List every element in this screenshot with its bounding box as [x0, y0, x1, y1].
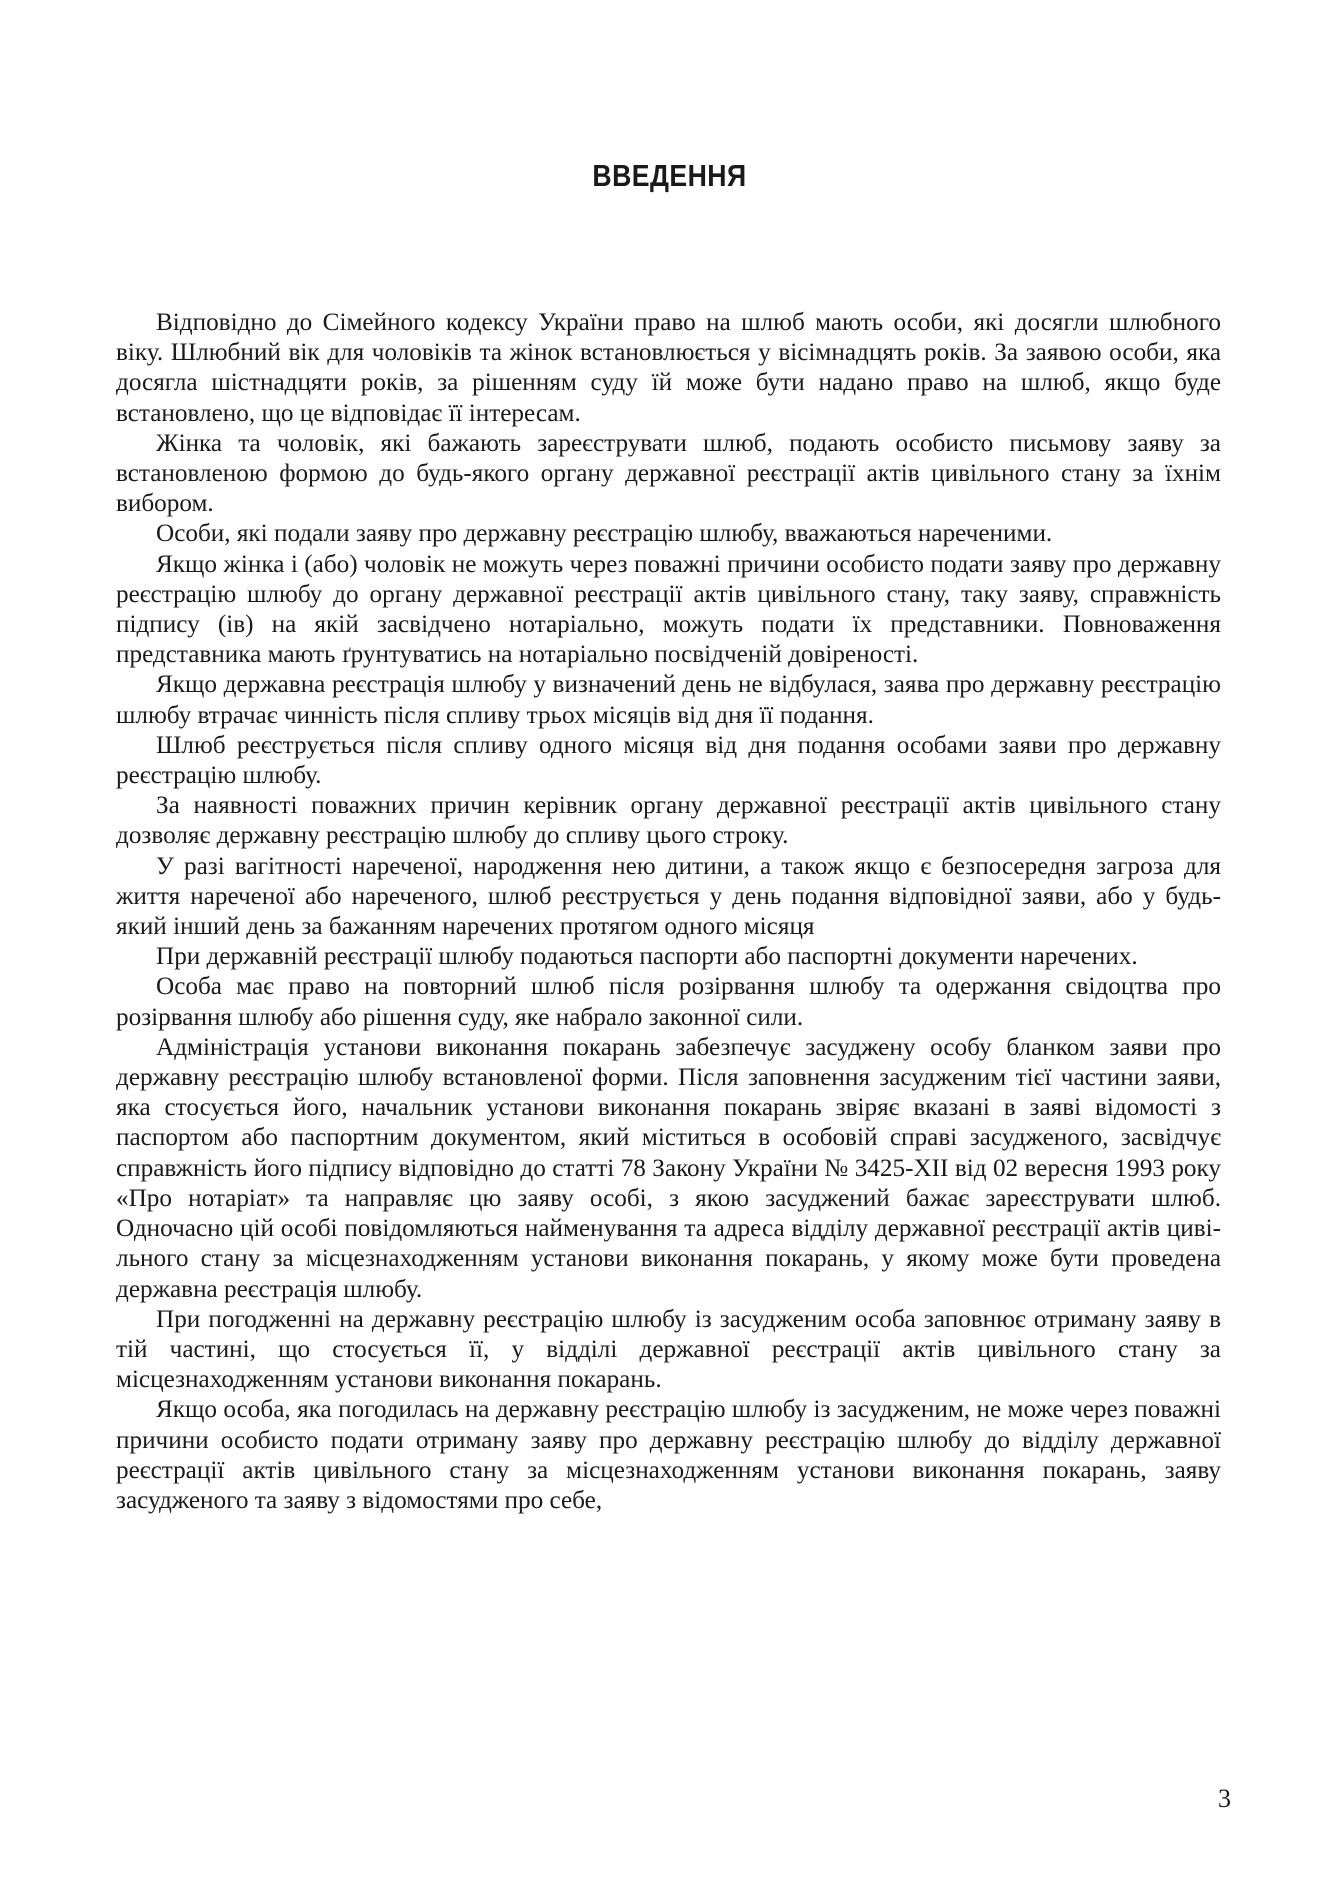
paragraph: За наявності поважних причин керівник ор… — [116, 791, 1221, 851]
paragraph: При державній реєстрації шлюбу подаються… — [116, 942, 1221, 972]
paragraph: Відповідно до Сімейного кодексу України … — [116, 308, 1221, 429]
paragraph: Особи, які подали заяву про державну реє… — [116, 519, 1221, 549]
paragraph: Жінка та чоловік, які бажають зареєструв… — [116, 429, 1221, 520]
paragraph: У разі вагітності нареченої, народження … — [116, 852, 1221, 943]
paragraph: Якщо жінка і (або) чоловік не можуть чер… — [116, 550, 1221, 671]
page-title: ВВЕДЕННЯ — [94, 158, 1246, 194]
paragraph: Адміністрація установи виконання покаран… — [116, 1033, 1221, 1305]
document-page: ВВЕДЕННЯ Відповідно до Сімейного кодексу… — [0, 0, 1339, 1889]
paragraph: Шлюб реєструється після спливу одного мі… — [116, 731, 1221, 791]
body-text: Відповідно до Сімейного кодексу України … — [116, 308, 1221, 1516]
paragraph: Особа має право на повторний шлюб після … — [116, 972, 1221, 1032]
paragraph: Якщо державна реєстрація шлюбу у визначе… — [116, 670, 1221, 730]
page-number: 3 — [1218, 1784, 1231, 1814]
paragraph: При погодженні на державну реєстрацію шл… — [116, 1305, 1221, 1396]
paragraph: Якщо особа, яка погодилась на державну р… — [116, 1395, 1221, 1516]
